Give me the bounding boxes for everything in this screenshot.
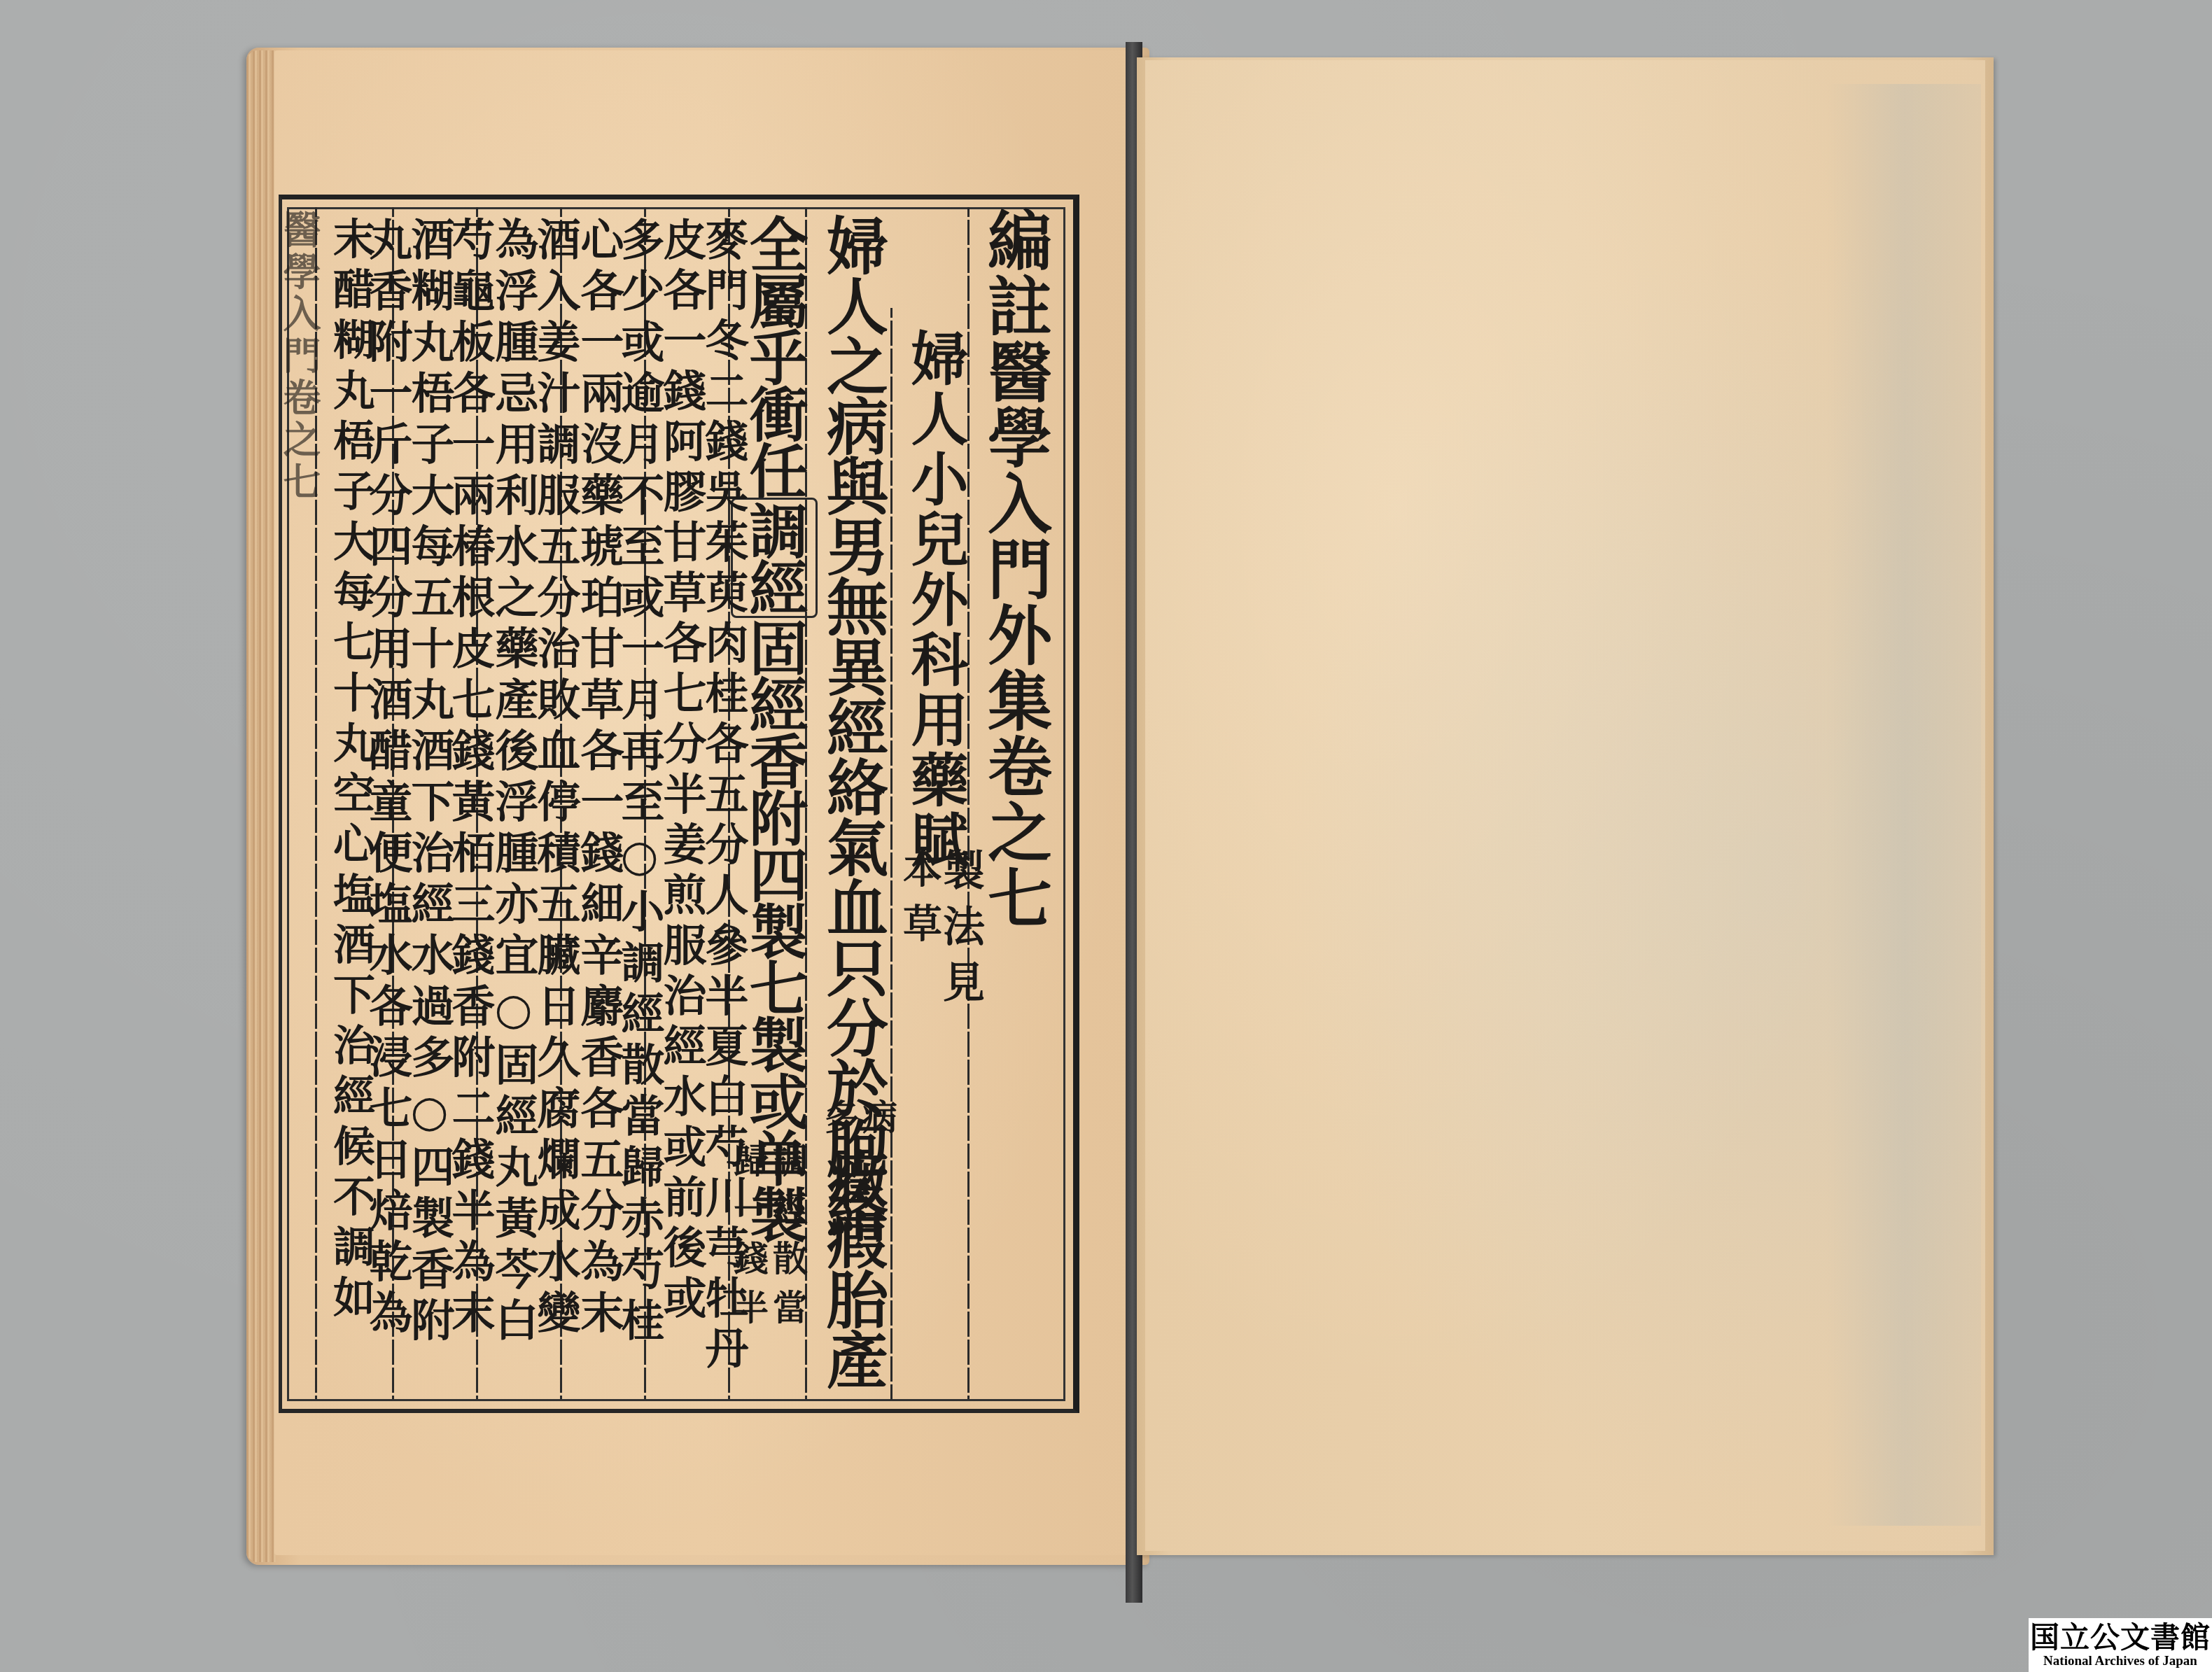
column-1-note-right: 病: [857, 1099, 897, 1144]
book-title: 編註醫學入門外集卷之七: [973, 207, 1057, 931]
column-1-tail: 癥瘕胎產: [812, 1148, 895, 1389]
subtitle-note-left: 本草: [899, 848, 941, 957]
section-heading: 婦人小兒外科用藥賦: [897, 329, 973, 871]
logo-english-text: National Archives of Japan: [2043, 1654, 2197, 1669]
text-column-12: 末醋糊丸梧子大每七十丸空心塩酒下治經候不調如: [312, 217, 389, 1326]
logo-japanese-text: 国立公文書館: [2030, 1622, 2211, 1654]
text-column-1: 婦人之病與男無異經絡氣血只分於胞絡: [812, 214, 895, 1237]
column-2-note-right: 調經散當: [767, 1142, 808, 1338]
right-page-show-through: [1827, 84, 1981, 1526]
subtitle-note-right: 製法見: [938, 848, 983, 1016]
national-archives-logo: 国立公文書館 National Archives of Japan: [2029, 1618, 2212, 1672]
text-column-1-body: 婦人之病與男無異經絡氣血只分於胞絡: [817, 214, 890, 1237]
page-stack-edge: [246, 50, 276, 1562]
column-1-note-left: 多: [819, 1099, 860, 1144]
